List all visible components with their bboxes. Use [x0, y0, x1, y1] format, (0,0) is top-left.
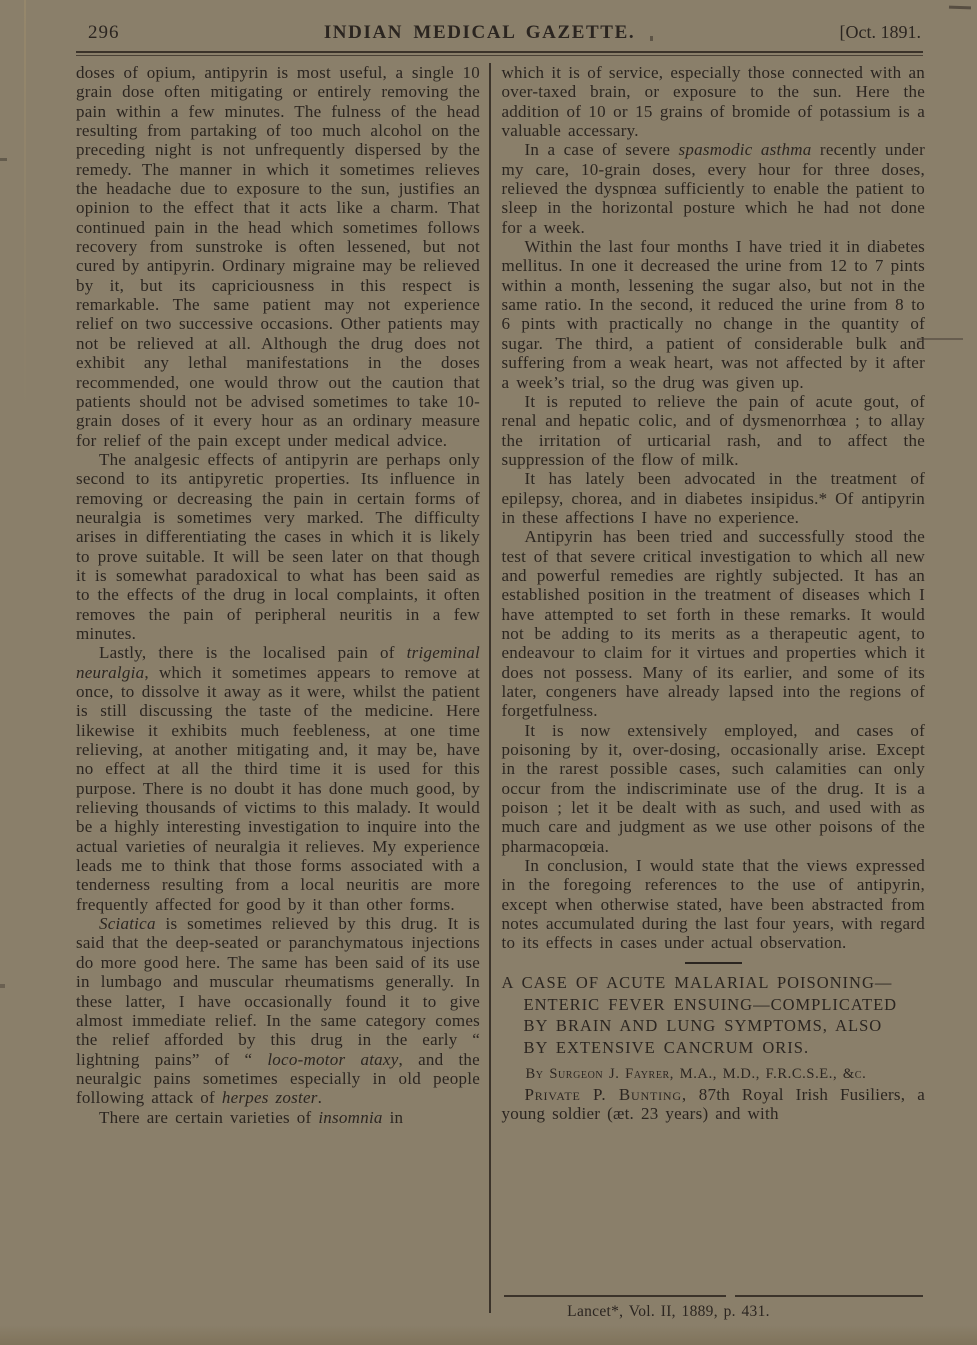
paragraph: There are certain varieties of insomnia … [76, 1108, 480, 1127]
scan-artifact-mark [949, 6, 971, 9]
patient-name-smallcaps: Private P. Bunting, [524, 1085, 686, 1104]
page-header: 296 INDIAN MEDICAL GAZETTE. [Oct. 1891. [88, 22, 921, 44]
paragraph: In a case of severe spasmodic asthma rec… [502, 140, 926, 237]
scan-artifact-mark [650, 36, 653, 41]
scan-artifact-mark [917, 338, 963, 340]
page-number: 296 [88, 22, 120, 44]
footnote-rule [504, 1295, 923, 1297]
scan-artifact-mark [0, 158, 7, 161]
paragraph: It is reputed to relieve the pain of acu… [502, 392, 926, 469]
footnote: Lancet*, Vol. II, 1889, p. 431. [504, 1295, 923, 1321]
header-rule-thin-line [76, 55, 923, 56]
paragraph: Within the last four months I have tried… [502, 237, 926, 392]
right-column: which it is of service, especially those… [491, 63, 926, 1313]
footnote-rule-right-segment [735, 1295, 923, 1297]
paragraph: In conclusion, I would state that the vi… [502, 856, 926, 953]
paragraph: which it is of service, especially those… [502, 63, 926, 140]
header-double-rule [76, 51, 923, 56]
title-line: BY EXTENSIVE CANCRUM ORIS. [502, 1037, 926, 1059]
paragraph: Sciatica is sometimes relieved by this d… [76, 914, 480, 1107]
scan-artifact-mark [0, 984, 5, 988]
journal-title: INDIAN MEDICAL GAZETTE. [120, 22, 840, 44]
title-line: A CASE OF ACUTE MALARIAL POISONING— [502, 972, 926, 994]
text-columns: doses of opium, antipyrin is most useful… [76, 63, 925, 1313]
footnote-text: Lancet*, Vol. II, 1889, p. 431. [504, 1303, 923, 1321]
second-article-opening-paragraph: Private P. Bunting, 87th Royal Irish Fus… [502, 1085, 926, 1124]
scanned-journal-page: 296 INDIAN MEDICAL GAZETTE. [Oct. 1891. … [0, 0, 977, 1345]
paragraph: Lastly, there is the localised pain of t… [76, 643, 480, 914]
issue-date: [Oct. 1891. [840, 22, 921, 43]
second-article-title: A CASE OF ACUTE MALARIAL POISONING—ENTER… [502, 972, 926, 1058]
paragraph: Antipyrin has been tried and successfull… [502, 527, 926, 720]
paragraph: It is now extensively employed, and case… [502, 721, 926, 856]
paragraph: The analgesic effects of antipyrin are p… [76, 450, 480, 643]
footnote-rule-left-segment [504, 1295, 726, 1297]
paragraph: doses of opium, antipyrin is most useful… [76, 63, 480, 450]
article-continuation-text: which it is of service, especially those… [502, 63, 926, 953]
paragraph: It has lately been advocated in the trea… [502, 469, 926, 527]
left-column: doses of opium, antipyrin is most useful… [76, 63, 489, 1313]
title-line: ENTERIC FEVER ENSUING—COMPLICATED [502, 994, 926, 1016]
title-line: BY BRAIN AND LUNG SYMPTOMS, ALSO [502, 1015, 926, 1037]
second-article-byline: By Surgeon J. Fayrer, M.A., M.D., F.R.C.… [502, 1065, 926, 1084]
article-separator-rule [685, 962, 742, 965]
